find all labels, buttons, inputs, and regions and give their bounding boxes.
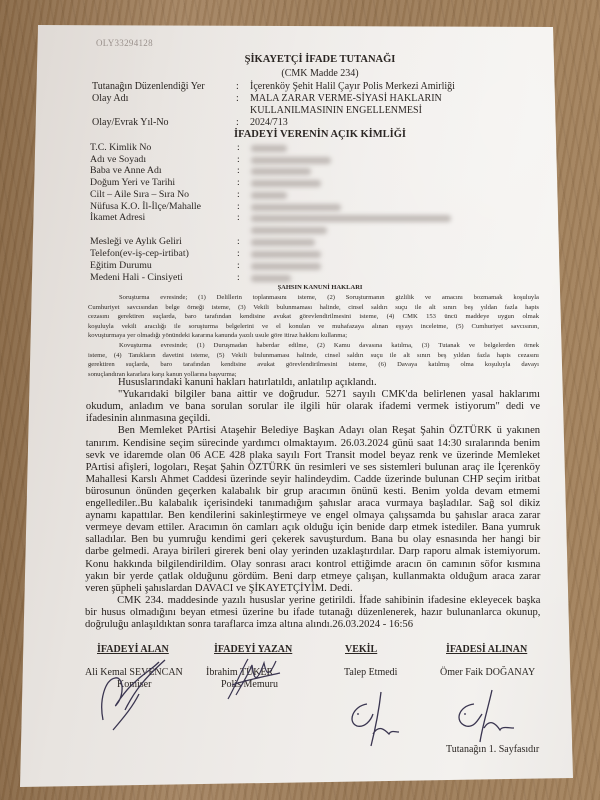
- meta-label-file-no: Olay/Evrak Yıl-No: [92, 118, 169, 128]
- meta-value-event: MALA ZARAR VERME-SİYASİ HAKLARIN: [250, 94, 442, 104]
- rights-line: Soruşturma evresinde; (1) Delillerin top…: [119, 295, 539, 302]
- identity-colon: :: [237, 237, 240, 247]
- signature-officer-icon: [222, 655, 292, 705]
- meta-value-event-cont: KULLANILMASININ ENGELLENMESİ: [250, 106, 422, 116]
- identity-colon: :: [237, 249, 240, 259]
- identity-label: İkamet Adresi: [90, 213, 145, 223]
- statement-line: okudum, anladım ve bana sorulan sorular …: [86, 402, 540, 413]
- identity-label: Doğum Yeri ve Tarihi: [90, 178, 175, 188]
- document-title: ŞİKAYETÇİ İFADE TUTANAĞI: [40, 55, 600, 66]
- identity-colon: :: [237, 261, 240, 271]
- identity-colon: :: [237, 202, 240, 212]
- redacted-value: [251, 251, 321, 258]
- redacted-value: [251, 239, 315, 246]
- identity-section-title: İFADEYİ VERENİN AÇIK KİMLİĞİ: [40, 130, 600, 141]
- identity-label: Medeni Hali - Cinsiyeti: [90, 273, 183, 283]
- rights-line: isteme, (4) Tanıkların davetini isteme, …: [88, 353, 539, 360]
- statement-line: sevk ve idaremde olan 06 ACE 428 plaka s…: [86, 451, 540, 462]
- statement-line: Mahallesi Karslı Ahmet Caddesi üzerinde …: [86, 475, 541, 486]
- rights-section-title: ŞAHSIN KANUNİ HAKLARI: [40, 285, 600, 292]
- signatory-name: Talep Etmedi: [344, 668, 397, 678]
- signature-complainant-icon: [452, 688, 522, 748]
- statement-line: aynamı kapattılar. Ben kendilerini sakin…: [85, 511, 540, 522]
- redacted-value: [251, 192, 287, 199]
- statement-line: Ben Memleket PArtisi Ataşehir Belediye B…: [118, 426, 540, 437]
- identity-label: Baba ve Anne Adı: [90, 166, 162, 176]
- redacted-value: [251, 168, 311, 175]
- statement-line: PArtisi afişleri, logoları, Reşat Şahin …: [86, 463, 541, 474]
- identity-label: Eğitim Durumu: [90, 261, 152, 271]
- statement-line: bir husus olmadığını beyan etmesi üzerin…: [85, 608, 540, 619]
- rights-line: Kovuşturma evresinde; (1) Duruşmadan hab…: [119, 343, 539, 350]
- redacted-value: [251, 145, 287, 152]
- signature-heading: İFADEYİ YAZAN: [214, 645, 292, 655]
- rights-line: cezasını gerektiren suçlarda, baro taraf…: [88, 314, 539, 321]
- meta-label-event: Olay Adı: [92, 94, 128, 104]
- identity-label: T.C. Kimlik No: [90, 143, 151, 153]
- document-id: OLY33294128: [96, 39, 153, 48]
- rights-line: kovuşturmaya yer olmadığı yönündeki kara…: [88, 333, 539, 340]
- redacted-value: [251, 263, 321, 270]
- redacted-value: [251, 204, 341, 211]
- statement-line: Hususlarındaki kanuni hakları hatırlatıl…: [118, 378, 540, 389]
- identity-colon: :: [237, 143, 240, 153]
- signature-heading: İFADEYİ ALAN: [97, 645, 169, 655]
- redacted-value: [251, 180, 321, 187]
- statement-line: veren şüpheli şahıslardan DAVACI ve ŞİKA…: [85, 584, 540, 595]
- rights-line: gerektiren suçlarda, baro tarafından ken…: [88, 362, 539, 369]
- document-subtitle: (CMK Madde 234): [40, 69, 600, 79]
- signature-heading: VEKİL: [345, 645, 377, 655]
- signature-lawyer-icon: [345, 690, 405, 750]
- meta-colon: :: [236, 82, 239, 92]
- identity-colon: :: [237, 155, 240, 165]
- meta-value-place: İçerenköy Şehit Halil Çayır Polis Merkez…: [250, 82, 455, 92]
- statement-line: engellediler..Bu kalabalık içerisindeki …: [86, 499, 541, 510]
- signatory-name: Ömer Faik DOĞANAY: [440, 668, 535, 678]
- identity-label: Nüfusa K.O. İl-İlçe/Mahalle: [90, 202, 201, 212]
- identity-label: Adı ve Soyadı: [90, 155, 146, 165]
- identity-colon: :: [237, 178, 240, 188]
- meta-label-place: Tutanağın Düzenlendiği Yer: [92, 82, 205, 92]
- statement-line: salladılar. Ben bu yumruğu kendimi geri …: [85, 535, 540, 546]
- identity-label: Cilt – Aile Sıra – Sıra No: [90, 190, 189, 200]
- rights-line: koşuluyla vekili aracılığı ile soruşturm…: [88, 324, 539, 331]
- identity-colon: :: [237, 213, 240, 223]
- statement-line: CMK 234. maddesinde yazılı hususlar yeri…: [117, 596, 540, 607]
- statement-line: bürosunun önünden geçerken kalabalık bir…: [86, 487, 541, 498]
- signature-commissioner-icon: [95, 660, 185, 740]
- meta-colon: :: [236, 118, 239, 128]
- redacted-value: [251, 227, 327, 234]
- meta-value-file-no: 2024/713: [250, 118, 288, 128]
- statement-line: doğruluğu anlaşıldıktan sonra taraflarca…: [85, 620, 541, 631]
- statement-line: tanırım. Kendisine seçim sürecinde yardı…: [86, 439, 540, 450]
- signature-heading: İFADESİ ALINAN: [446, 645, 527, 655]
- statement-line: darbe gelmedi. Araya birileri girerek be…: [85, 547, 540, 558]
- identity-colon: :: [237, 166, 240, 176]
- statement-line: yakın bir yerde çatlak olduğunu gördüm. …: [85, 572, 540, 583]
- identity-colon: :: [237, 190, 240, 200]
- redacted-value: [251, 157, 331, 164]
- rights-line: Cumhuriyet savcısından belge örneği iste…: [88, 305, 539, 312]
- statement-line: "Yukarıdaki bilgiler bana aittir ve doğr…: [118, 390, 540, 401]
- identity-label: Telefon(ev-iş-cep-irtibat): [90, 249, 189, 259]
- redacted-value: [251, 275, 291, 282]
- meta-colon: :: [236, 94, 239, 104]
- statement-line: Konu hakkında bilgilendirildim. Olay son…: [85, 560, 540, 571]
- statement-line: vermeye devam ettiler. Aracımın ön camla…: [85, 523, 540, 534]
- redacted-value: [251, 215, 451, 222]
- identity-label: Mesleği ve Aylık Geliri: [90, 237, 182, 247]
- identity-colon: :: [237, 273, 240, 283]
- statement-line: ifadesinin alınmasına geçildi.: [86, 414, 540, 425]
